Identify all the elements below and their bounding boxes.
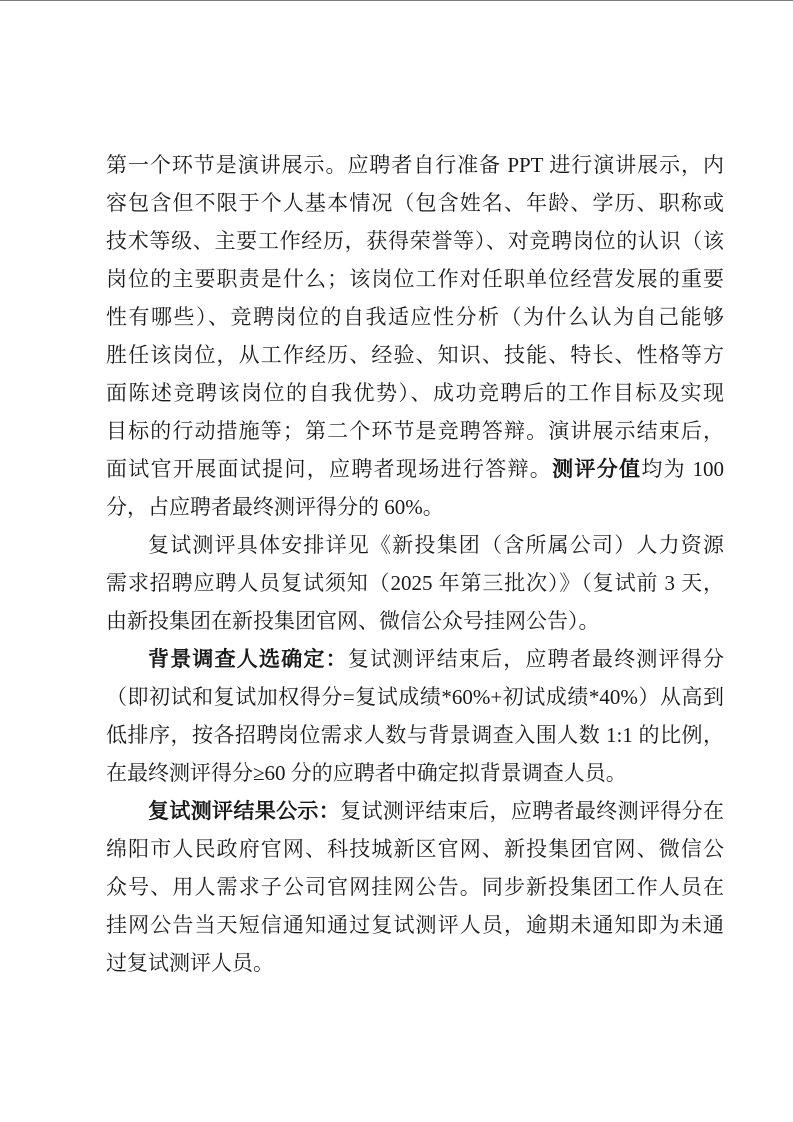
text-segment: 需求招聘应聘人员复试须知（2025 年第三批次）》（复试前 3 天，: [106, 571, 724, 595]
paragraph-3: 背景调查人选确定：复试测评结束后，应聘者最终测评得分（即初试和复试加权得分=复试…: [106, 640, 724, 792]
text-segment: 复试测评结束后，应聘者最终测评得分: [348, 647, 724, 671]
paragraph-1: 第一个环节是演讲展示。应聘者自行准备 PPT 进行演讲展示，内容包含但不限于个人…: [106, 146, 724, 526]
text-line: 第一个环节是演讲展示。应聘者自行准备 PPT 进行演讲展示，内: [106, 146, 724, 184]
text-segment: 面陈述竞聘该岗位的自我优势）、成功竞聘后的工作目标及实现: [106, 381, 724, 405]
paragraph-2: 复试测评具体安排详见《新投集团（含所属公司）人力资源需求招聘应聘人员复试须知（2…: [106, 526, 724, 640]
text-segment: 第一个环节是演讲展示。应聘者自行准备 PPT 进行演讲展示，内: [106, 153, 724, 177]
text-line: 目标的行动措施等；第二个环节是竞聘答辩。演讲展示结束后，: [106, 412, 724, 450]
text-line: 复试测评结果公示：复试测评结束后，应聘者最终测评得分在: [106, 792, 724, 830]
text-segment: 复试测评具体安排详见《新投集团（含所属公司）人力资源: [148, 533, 724, 557]
text-line: 绵阳市人民政府官网、科技城新区官网、新投集团官网、微信公: [106, 830, 724, 868]
text-segment: 绵阳市人民政府官网、科技城新区官网、新投集团官网、微信公: [106, 837, 724, 861]
text-line: 分，占应聘者最终测评得分的 60%。: [106, 488, 724, 526]
paragraph-4: 复试测评结果公示：复试测评结束后，应聘者最终测评得分在绵阳市人民政府官网、科技城…: [106, 792, 724, 982]
text-line: 面陈述竞聘该岗位的自我优势）、成功竞聘后的工作目标及实现: [106, 374, 724, 412]
text-line: （即初试和复试加权得分=复试成绩*60%+初试成绩*40%）从高到: [106, 678, 724, 716]
text-line: 容包含但不限于个人基本情况（包含姓名、年龄、学历、职称或: [106, 184, 724, 222]
text-segment: （即初试和复试加权得分=复试成绩*60%+初试成绩*40%）从高到: [106, 685, 724, 709]
text-block: 第一个环节是演讲展示。应聘者自行准备 PPT 进行演讲展示，内容包含但不限于个人…: [106, 146, 724, 982]
text-line: 挂网公告当天短信通知通过复试测评人员，逾期未通知即为未通: [106, 906, 724, 944]
document-page: 第一个环节是演讲展示。应聘者自行准备 PPT 进行演讲展示，内容包含但不限于个人…: [0, 0, 793, 1122]
text-line: 需求招聘应聘人员复试须知（2025 年第三批次）》（复试前 3 天，: [106, 564, 724, 602]
text-line: 面试官开展面试提问，应聘者现场进行答辩。测评分值均为 100: [106, 450, 724, 488]
text-line: 由新投集团在新投集团官网、微信公众号挂网公告）。: [106, 602, 724, 640]
text-segment: 容包含但不限于个人基本情况（包含姓名、年龄、学历、职称或: [106, 191, 724, 215]
text-segment: 复试测评结束后，应聘者最终测评得分在: [340, 799, 724, 823]
text-segment: 低排序，按各招聘岗位需求人数与背景调查入围人数 1:1 的比例，: [106, 723, 724, 747]
bold-text-segment: 复试测评结果公示：: [148, 799, 340, 823]
text-line: 性有哪些）、竞聘岗位的自我适应性分析（为什么认为自己能够: [106, 298, 724, 336]
text-segment: 众号、用人需求子公司官网挂网公告。同步新投集团工作人员在: [106, 875, 724, 899]
text-segment: 在最终测评得分≥60 分的应聘者中确定拟背景调查人员。: [106, 761, 627, 785]
text-segment: 性有哪些）、竞聘岗位的自我适应性分析（为什么认为自己能够: [106, 305, 724, 329]
text-line: 在最终测评得分≥60 分的应聘者中确定拟背景调查人员。: [106, 754, 724, 792]
text-segment: 胜任该岗位，从工作经历、经验、知识、技能、特长、性格等方: [106, 343, 724, 367]
text-line: 众号、用人需求子公司官网挂网公告。同步新投集团工作人员在: [106, 868, 724, 906]
text-line: 技术等级、主要工作经历，获得荣誉等）、对竞聘岗位的认识（该: [106, 222, 724, 260]
text-segment: 过复试测评人员。: [106, 951, 274, 975]
bold-text-segment: 测评分值: [552, 457, 641, 481]
text-line: 复试测评具体安排详见《新投集团（含所属公司）人力资源: [106, 526, 724, 564]
text-segment: 岗位的主要职责是什么；该岗位工作对任职单位经营发展的重要: [106, 267, 724, 291]
text-segment: 均为 100: [641, 457, 724, 481]
text-segment: 分，占应聘者最终测评得分的 60%。: [106, 495, 444, 519]
text-segment: 面试官开展面试提问，应聘者现场进行答辩。: [106, 457, 552, 481]
text-segment: 由新投集团在新投集团官网、微信公众号挂网公告）。: [106, 609, 600, 633]
text-segment: 目标的行动措施等；第二个环节是竞聘答辩。演讲展示结束后，: [106, 419, 724, 443]
text-line: 背景调查人选确定：复试测评结束后，应聘者最终测评得分: [106, 640, 724, 678]
text-segment: 挂网公告当天短信通知通过复试测评人员，逾期未通知即为未通: [106, 913, 724, 937]
text-line: 过复试测评人员。: [106, 944, 724, 982]
bold-text-segment: 背景调查人选确定：: [148, 647, 348, 671]
text-line: 低排序，按各招聘岗位需求人数与背景调查入围人数 1:1 的比例，: [106, 716, 724, 754]
text-line: 胜任该岗位，从工作经历、经验、知识、技能、特长、性格等方: [106, 336, 724, 374]
text-segment: 技术等级、主要工作经历，获得荣誉等）、对竞聘岗位的认识（该: [106, 229, 724, 253]
text-line: 岗位的主要职责是什么；该岗位工作对任职单位经营发展的重要: [106, 260, 724, 298]
